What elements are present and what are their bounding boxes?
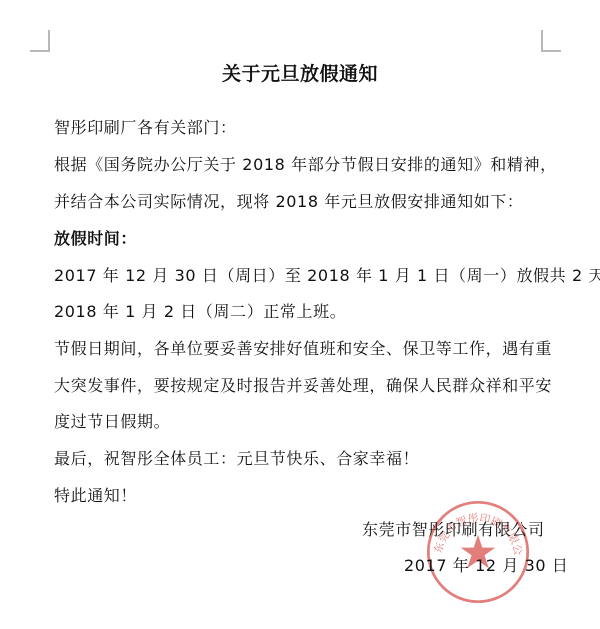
notice-line: 度过节日假期。 [54,409,170,432]
notice-line: 节假日期间，各单位要妥善安排好值班和安全、保卫等工作，遇有重 [54,336,552,359]
company-seal-icon: 东莞市智彤印刷有限公司 [424,498,532,606]
salutation: 智彤印刷厂各有关部门： [54,115,237,138]
margin-corner-top-left [30,30,50,52]
schedule-line: 2018 年 1 月 2 日（周二）正常上班。 [54,299,346,322]
body-paragraph-line: 根据《国务院办公厅关于 2018 年部分节假日安排的通知》和精神， [54,152,557,175]
closing-line: 最后，祝智彤全体员工：元旦节快乐、合家幸福！ [54,446,419,469]
signature-company: 东莞市智彤印刷有限公司 [362,517,545,540]
schedule-line: 2017 年 12 月 30 日（周日）至 2018 年 1 月 1 日（周一）… [54,263,600,286]
sign-off: 特此通知！ [54,483,137,506]
signature-date: 2017 年 12 月 30 日 [404,553,568,576]
document-title: 关于元旦放假通知 [0,59,600,86]
margin-corner-top-right [541,30,561,52]
section-heading: 放假时间： [54,226,137,249]
body-paragraph-line: 并结合本公司实际情况，现将 2018 年元旦放假安排通知如下： [54,189,524,212]
notice-line: 大突发事件，要按规定及时报告并妥善处理，确保人民群众祥和平安 [54,373,552,396]
